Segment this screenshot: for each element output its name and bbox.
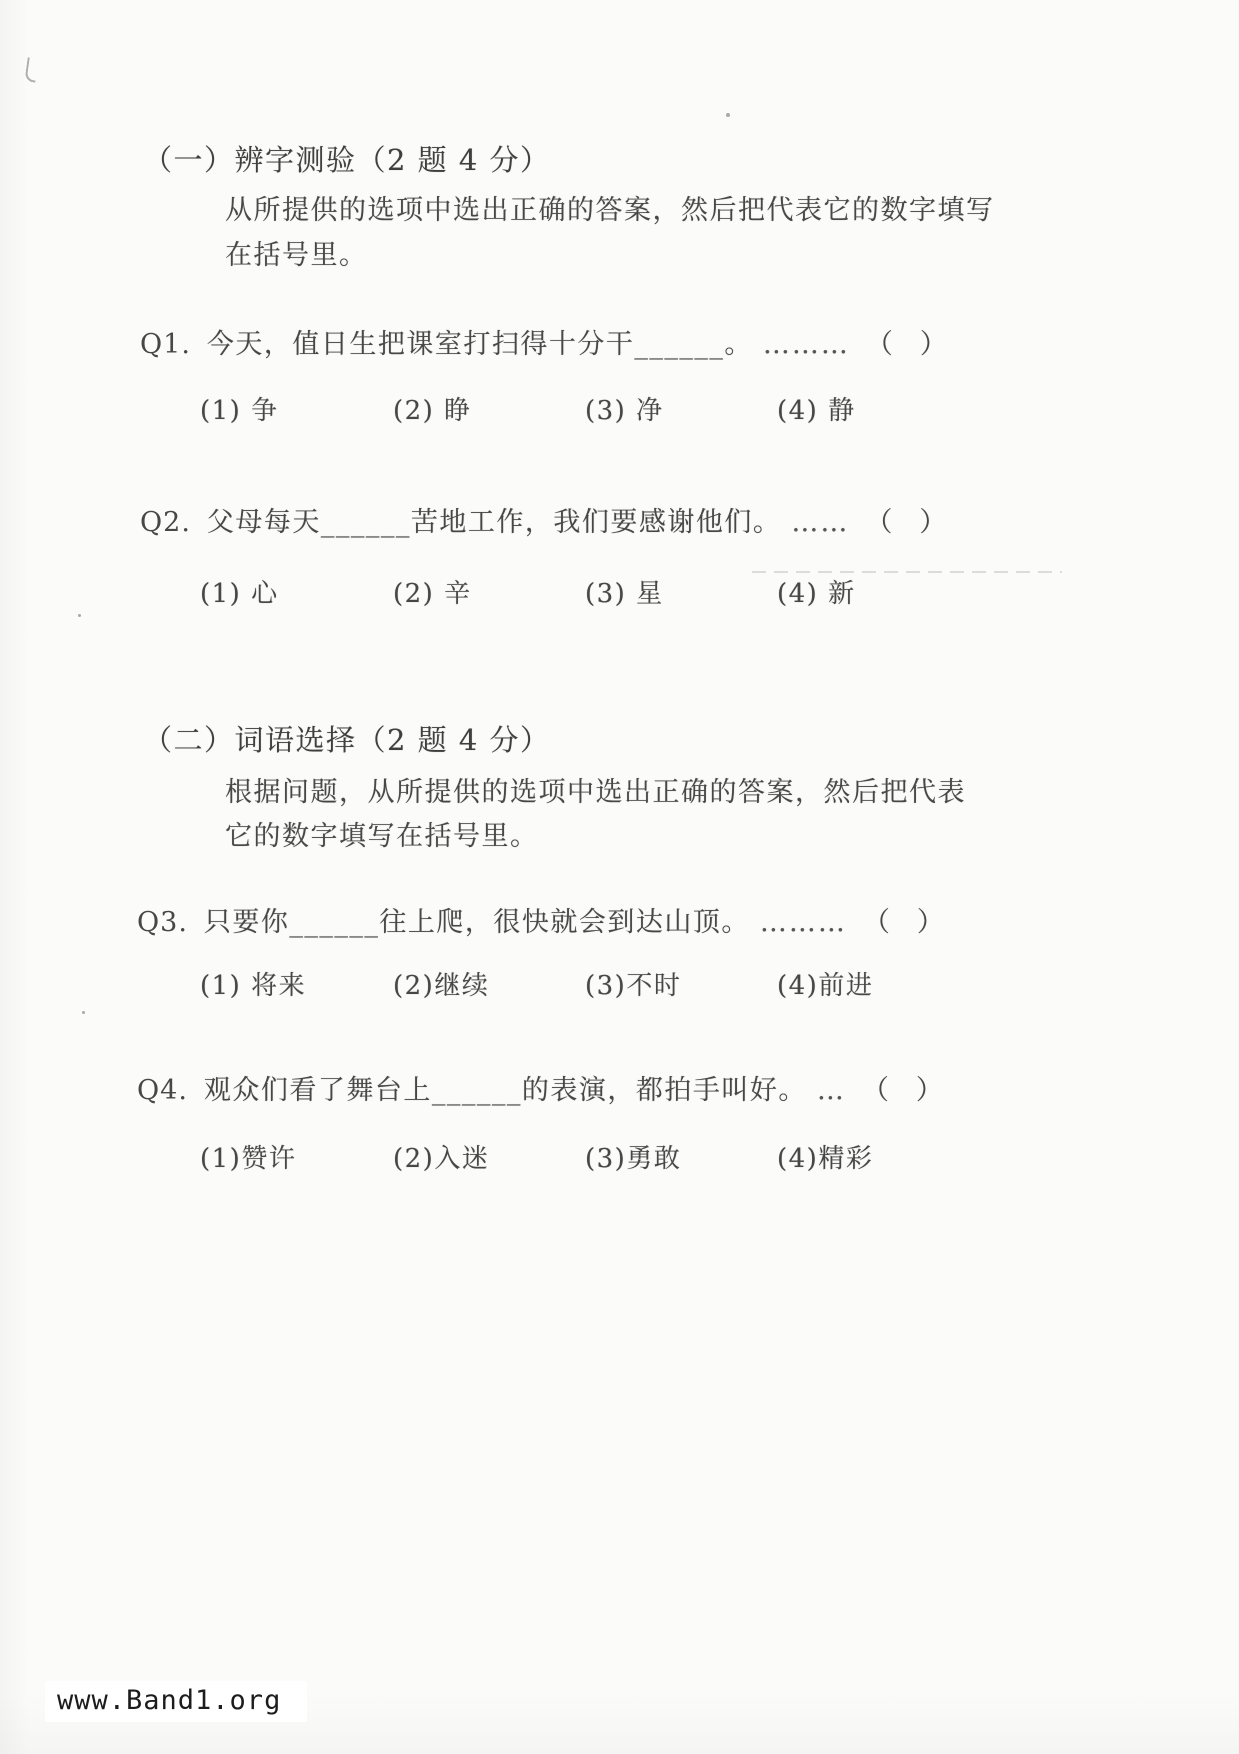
question-q2-options: (1) 心 (2) 辛 (3) 星 (4) 新 (0, 573, 1239, 615)
question-q3-options: (1) 将来 (2)继续 (3)不时 (4)前进 (0, 965, 1239, 1007)
question-q4-options: (1)赞许 (2)入迷 (3)勇敢 (4)精彩 (0, 1138, 1239, 1180)
option-item: (3) 星 (585, 573, 664, 610)
question-dots: ……… (763, 329, 850, 360)
section-1-heading: （一）辨字测验（2 题 4 分） (143, 138, 551, 179)
option-item: (2)继续 (393, 965, 489, 1002)
option-item: (1) 争 (200, 390, 279, 427)
option-item: (4)精彩 (777, 1138, 873, 1175)
answer-bracket: （ ） (866, 322, 947, 361)
scanned-test-page: （一）辨字测验（2 题 4 分） 从所提供的选项中选出正确的答案，然后把代表它的… (0, 0, 1239, 1754)
question-label: Q2. (140, 507, 191, 538)
option-item: (4) 新 (777, 573, 856, 610)
option-item: (1)赞许 (200, 1138, 296, 1175)
section-2-heading: （二）词语选择（2 题 4 分） (143, 718, 551, 759)
question-label: Q3. (137, 907, 188, 938)
section-2-instruction-line-2: 它的数字填写在括号里。 (225, 814, 539, 853)
section-1-instruction-line-2: 在括号里。 (225, 233, 368, 272)
answer-bracket: （ ） (865, 500, 946, 539)
option-item: (4)前进 (777, 965, 873, 1002)
question-text: 父母每天______苦地工作，我们要感谢他们。 (207, 500, 782, 539)
option-item: (2)入迷 (393, 1138, 489, 1175)
question-label: Q4. (137, 1075, 188, 1106)
option-item: (2) 睁 (393, 390, 472, 427)
question-text: 今天，值日生把课室打扫得十分干______。 (207, 322, 753, 361)
question-q1-options: (1) 争 (2) 睁 (3) 净 (4) 静 (0, 390, 1239, 432)
question-text: 只要你______往上爬，很快就会到达山顶。 (204, 900, 750, 939)
option-item: (1) 将来 (200, 965, 306, 1002)
option-item: (3)勇敢 (585, 1138, 681, 1175)
question-dots: … (817, 1075, 846, 1106)
question-q4: Q4. 观众们看了舞台上______的表演，都拍手叫好。 … （ ） (137, 1068, 943, 1107)
answer-bracket: （ ） (863, 900, 944, 939)
scan-artifact-squiggle (24, 57, 38, 82)
question-dots: ……… (760, 907, 847, 938)
question-q1: Q1. 今天，值日生把课室打扫得十分干______。 ……… （ ） (140, 322, 947, 361)
option-item: (4) 静 (777, 390, 856, 427)
question-label: Q1. (140, 329, 191, 360)
question-q3: Q3. 只要你______往上爬，很快就会到达山顶。 ……… （ ） (137, 900, 944, 939)
option-item: (3)不时 (585, 965, 681, 1002)
scan-artifact-dot (82, 1011, 85, 1014)
option-item: (2) 辛 (393, 573, 472, 610)
option-item: (3) 净 (585, 390, 664, 427)
section-2-instruction-line-1: 根据问题，从所提供的选项中选出正确的答案，然后把代表 (225, 770, 966, 809)
option-item: (1) 心 (200, 573, 279, 610)
question-dots: …… (791, 507, 849, 538)
scan-artifact-dot (726, 113, 730, 117)
answer-bracket: （ ） (862, 1068, 943, 1107)
question-q2: Q2. 父母每天______苦地工作，我们要感谢他们。 …… （ ） (140, 500, 946, 539)
section-1-instruction-line-1: 从所提供的选项中选出正确的答案，然后把代表它的数字填写 (225, 188, 995, 227)
question-text: 观众们看了舞台上______的表演，都拍手叫好。 (204, 1068, 807, 1107)
watermark-url: www.Band1.org (45, 1681, 307, 1722)
